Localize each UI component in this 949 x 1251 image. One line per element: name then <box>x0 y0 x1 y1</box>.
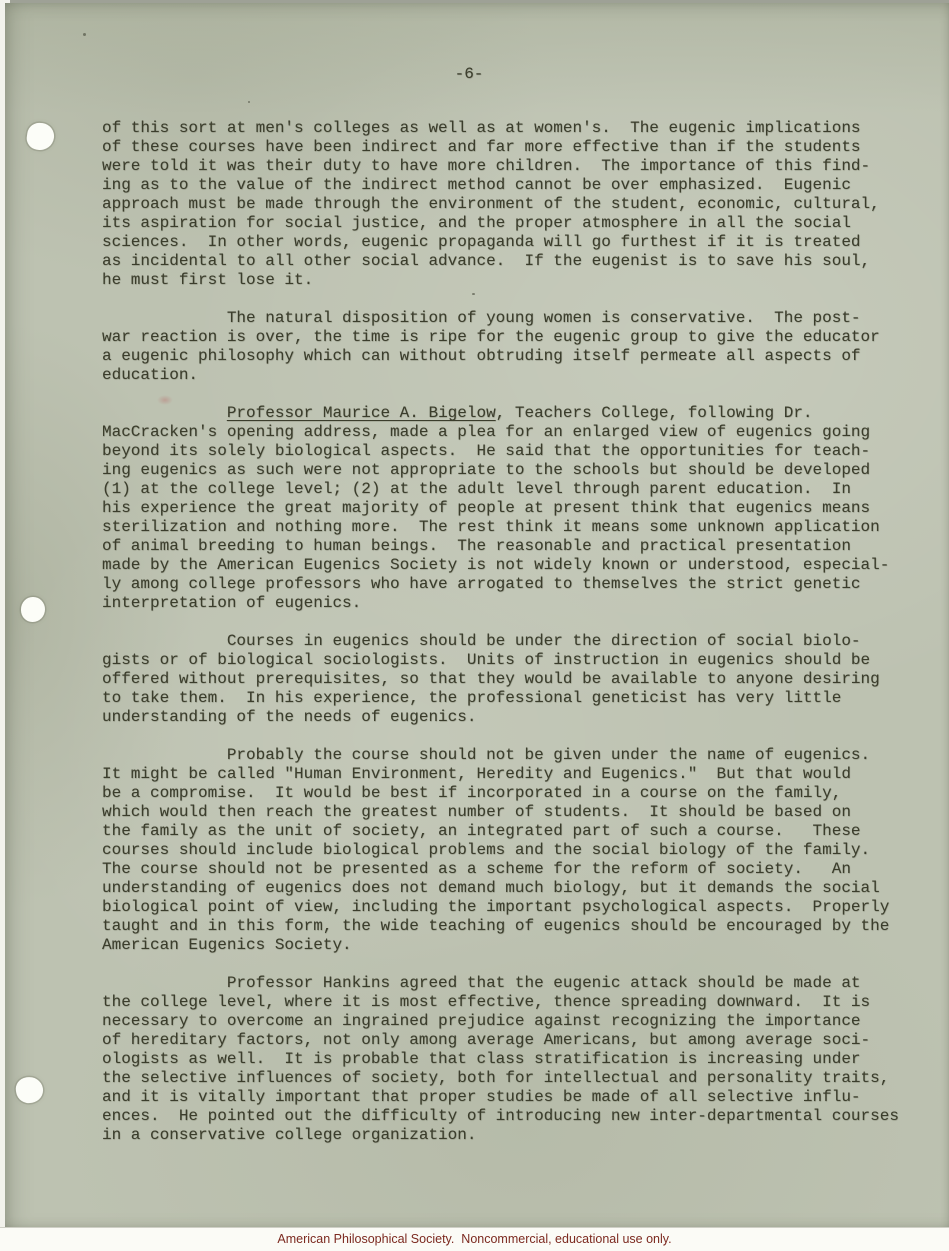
paper-page: -6- of this sort at men's colleges as we… <box>5 3 949 1228</box>
paragraph-bigelow-lead: , Teachers College, following Dr. <box>496 404 813 422</box>
speaker-name-underlined: Professor Maurice A. Bigelow <box>227 404 496 422</box>
paragraph-bigelow: Professor Maurice A. Bigelow, Teachers C… <box>102 404 902 613</box>
punch-hole-middle <box>21 597 45 622</box>
paragraph-continuation: of this sort at men's colleges as well a… <box>102 119 902 290</box>
paragraph-course-name: Probably the course should not be given … <box>102 746 902 955</box>
paper-smudge <box>157 395 173 405</box>
paper-speck <box>472 293 475 295</box>
document-scan: -6- of this sort at men's colleges as we… <box>0 0 949 1251</box>
paragraph-young-women: The natural disposition of young women i… <box>102 309 902 385</box>
paragraph-hankins: Professor Hankins agreed that the eugeni… <box>102 974 902 1145</box>
paragraph-bigelow-rest: MacCracken's opening address, made a ple… <box>102 423 889 612</box>
credit-text: American Philosophical Society. Noncomme… <box>277 1232 671 1246</box>
paragraph-indent <box>102 404 227 422</box>
credit-bar: American Philosophical Society. Noncomme… <box>0 1227 949 1251</box>
page-number: -6- <box>80 65 858 83</box>
paragraph-courses: Courses in eugenics should be under the … <box>102 632 902 727</box>
paper-speck <box>83 33 86 36</box>
document-body: of this sort at men's colleges as well a… <box>102 119 902 1164</box>
paper-speck <box>248 101 250 103</box>
